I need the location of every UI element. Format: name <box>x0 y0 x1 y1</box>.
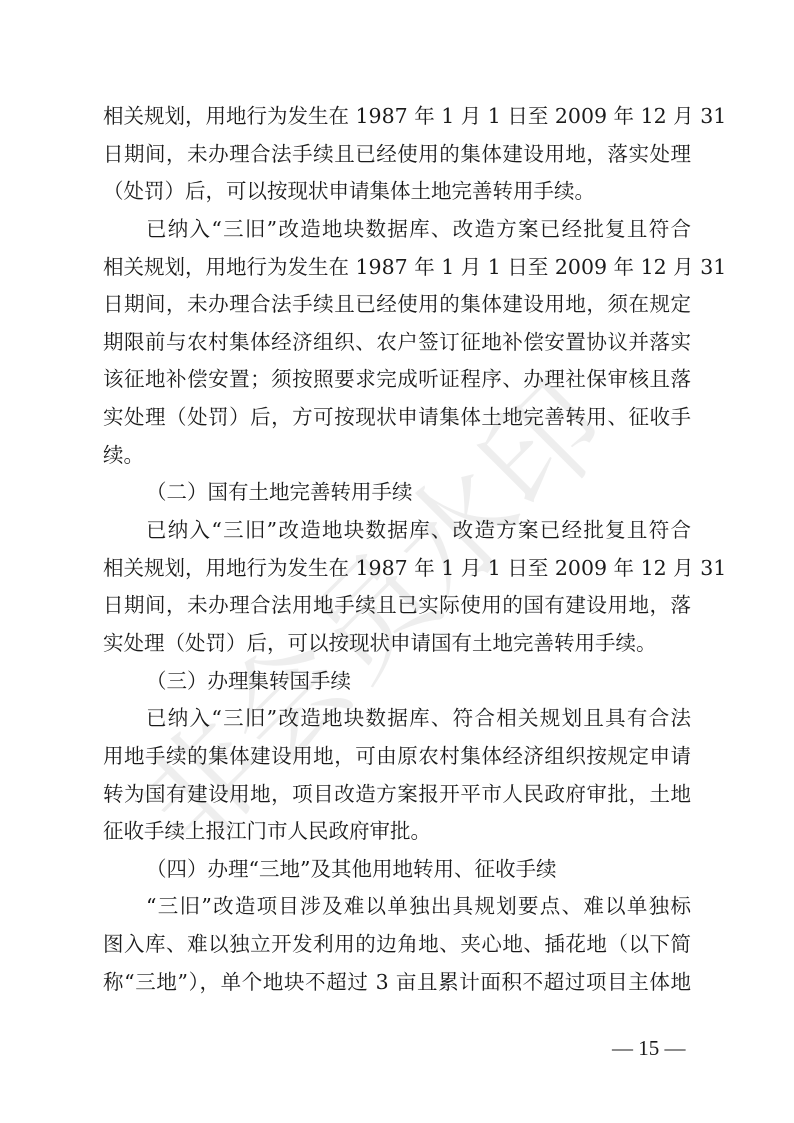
text-line: 该征地补偿安置；须按照要求完成听证程序、办理社保审核且落 <box>103 361 691 399</box>
text-line: 相关规划，用地行为发生在 1987 年 1 月 1 日至 2009 年 12 月… <box>103 98 691 136</box>
text-line: 期限前与农村集体经济组织、农户签订征地补偿安置协议并落实 <box>103 324 691 362</box>
text-line: 相关规划，用地行为发生在 1987 年 1 月 1 日至 2009 年 12 月… <box>103 249 691 287</box>
section-heading-3: （三）办理集转国手续 <box>103 663 691 701</box>
text-line: 转为国有建设用地，项目改造方案报开平市人民政府审批，土地 <box>103 776 691 814</box>
text-line: 征收手续上报江门市人民政府审批。 <box>103 813 691 851</box>
document-page: 非会员水印 相关规划，用地行为发生在 1987 年 1 月 1 日至 2009 … <box>0 0 794 1123</box>
text-line: 续。 <box>103 437 691 475</box>
paragraph-start: 已纳入“三旧”改造地块数据库、改造方案已经批复且符合 <box>103 211 691 249</box>
text-line: 称“三地”），单个地块不超过 3 亩且累计面积不超过项目主体地 <box>103 964 691 1002</box>
text-line: 日期间，未办理合法手续且已经使用的集体建设用地，须在规定 <box>103 286 691 324</box>
section-heading-4: （四）办理“三地”及其他用地转用、征收手续 <box>103 851 691 889</box>
paragraph-start: “三旧”改造项目涉及难以单独出具规划要点、难以单独标 <box>103 888 691 926</box>
text-line: （处罚）后，可以按现状申请集体土地完善转用手续。 <box>103 173 691 211</box>
paragraph-start: 已纳入“三旧”改造地块数据库、改造方案已经批复且符合 <box>103 512 691 550</box>
text-line: 图入库、难以独立开发利用的边角地、夹心地、插花地（以下简 <box>103 926 691 964</box>
document-body: 相关规划，用地行为发生在 1987 年 1 月 1 日至 2009 年 12 月… <box>103 98 691 1001</box>
paragraph-start: 已纳入“三旧”改造地块数据库、符合相关规划且具有合法 <box>103 700 691 738</box>
text-line: 实处理（处罚）后，可以按现状申请国有土地完善转用手续。 <box>103 625 691 663</box>
section-heading-2: （二）国有土地完善转用手续 <box>103 474 691 512</box>
page-number: — 15 — <box>612 1036 702 1061</box>
text-line: 日期间，未办理合法手续且已经使用的集体建设用地，落实处理 <box>103 136 691 174</box>
text-line: 用地手续的集体建设用地，可由原农村集体经济组织按规定申请 <box>103 738 691 776</box>
text-line: 相关规划，用地行为发生在 1987 年 1 月 1 日至 2009 年 12 月… <box>103 550 691 588</box>
text-line: 日期间，未办理合法用地手续且已实际使用的国有建设用地，落 <box>103 587 691 625</box>
text-line: 实处理（处罚）后，方可按现状申请集体土地完善转用、征收手 <box>103 399 691 437</box>
